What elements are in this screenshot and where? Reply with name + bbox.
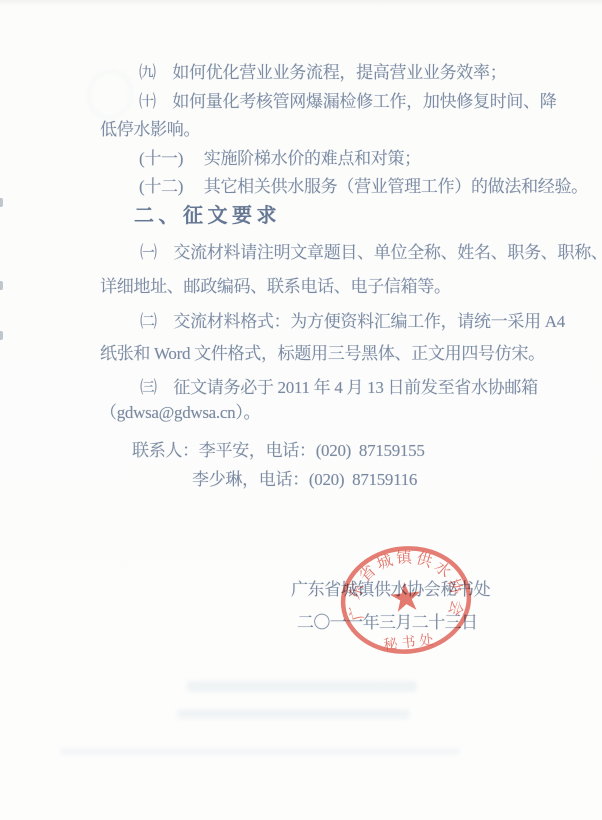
- requirement-2-line1: ㈡ 交流材料格式：为方便资料汇编工作，请统一采用 A4: [140, 312, 565, 332]
- list-item-11: (十一) 实施阶梯水价的难点和对策；: [139, 149, 421, 169]
- requirement-1-line1: ㈠ 交流材料请注明文章题目、单位全称、姓名、职务、职称、: [140, 243, 602, 263]
- bleedthrough-artifact: [81, 64, 139, 125]
- email-address-line: （gdwsa@gdwsa.cn）。: [100, 403, 260, 423]
- bleedthrough-artifact: [187, 681, 417, 692]
- scanned-document-page: ㈨ 如何优化营业业务流程，提高营业业务效率； ㈩ 如何量化考核管网爆漏检修工作，…: [0, 0, 602, 820]
- seal-bottom-text: 秘书处: [383, 631, 438, 654]
- scan-edge-mark: [0, 198, 3, 207]
- bleedthrough-artifact: [177, 709, 410, 719]
- list-item-10-line2: 低停水影响。: [100, 120, 200, 140]
- bleedthrough-artifact: [60, 748, 460, 755]
- contact-person-2: 李少琳，电话：(020) 87159116: [192, 470, 417, 490]
- official-seal: 广东省城镇供水协会 秘书处: [336, 544, 476, 659]
- scan-edge-mark: [0, 331, 3, 340]
- seal-star-icon: [389, 581, 422, 613]
- requirement-3-line1: ㈢ 征文请务必于 2011 年 4 月 13 日前发至省水协邮箱: [140, 378, 538, 398]
- requirement-1-line2: 详细地址、邮政编码、联系电话、电子信箱等。: [100, 277, 451, 297]
- scan-edge-mark: [0, 281, 3, 290]
- section-heading: 二、征文要求: [134, 206, 281, 226]
- list-item-10-line1: ㈩ 如何量化考核管网爆漏检修工作，加快修复时间、降: [139, 92, 557, 112]
- list-item-12: (十二) 其它相关供水服务（营业管理工作）的做法和经验。: [139, 177, 588, 197]
- contact-person-1: 联系人：李平安，电话：(020) 87159155: [132, 441, 425, 461]
- requirement-2-line2: 纸张和 Word 文件格式，标题用三号黑体、正文用四号仿宋。: [100, 344, 545, 364]
- list-item-9: ㈨ 如何优化营业业务流程，提高营业业务效率；: [139, 63, 506, 83]
